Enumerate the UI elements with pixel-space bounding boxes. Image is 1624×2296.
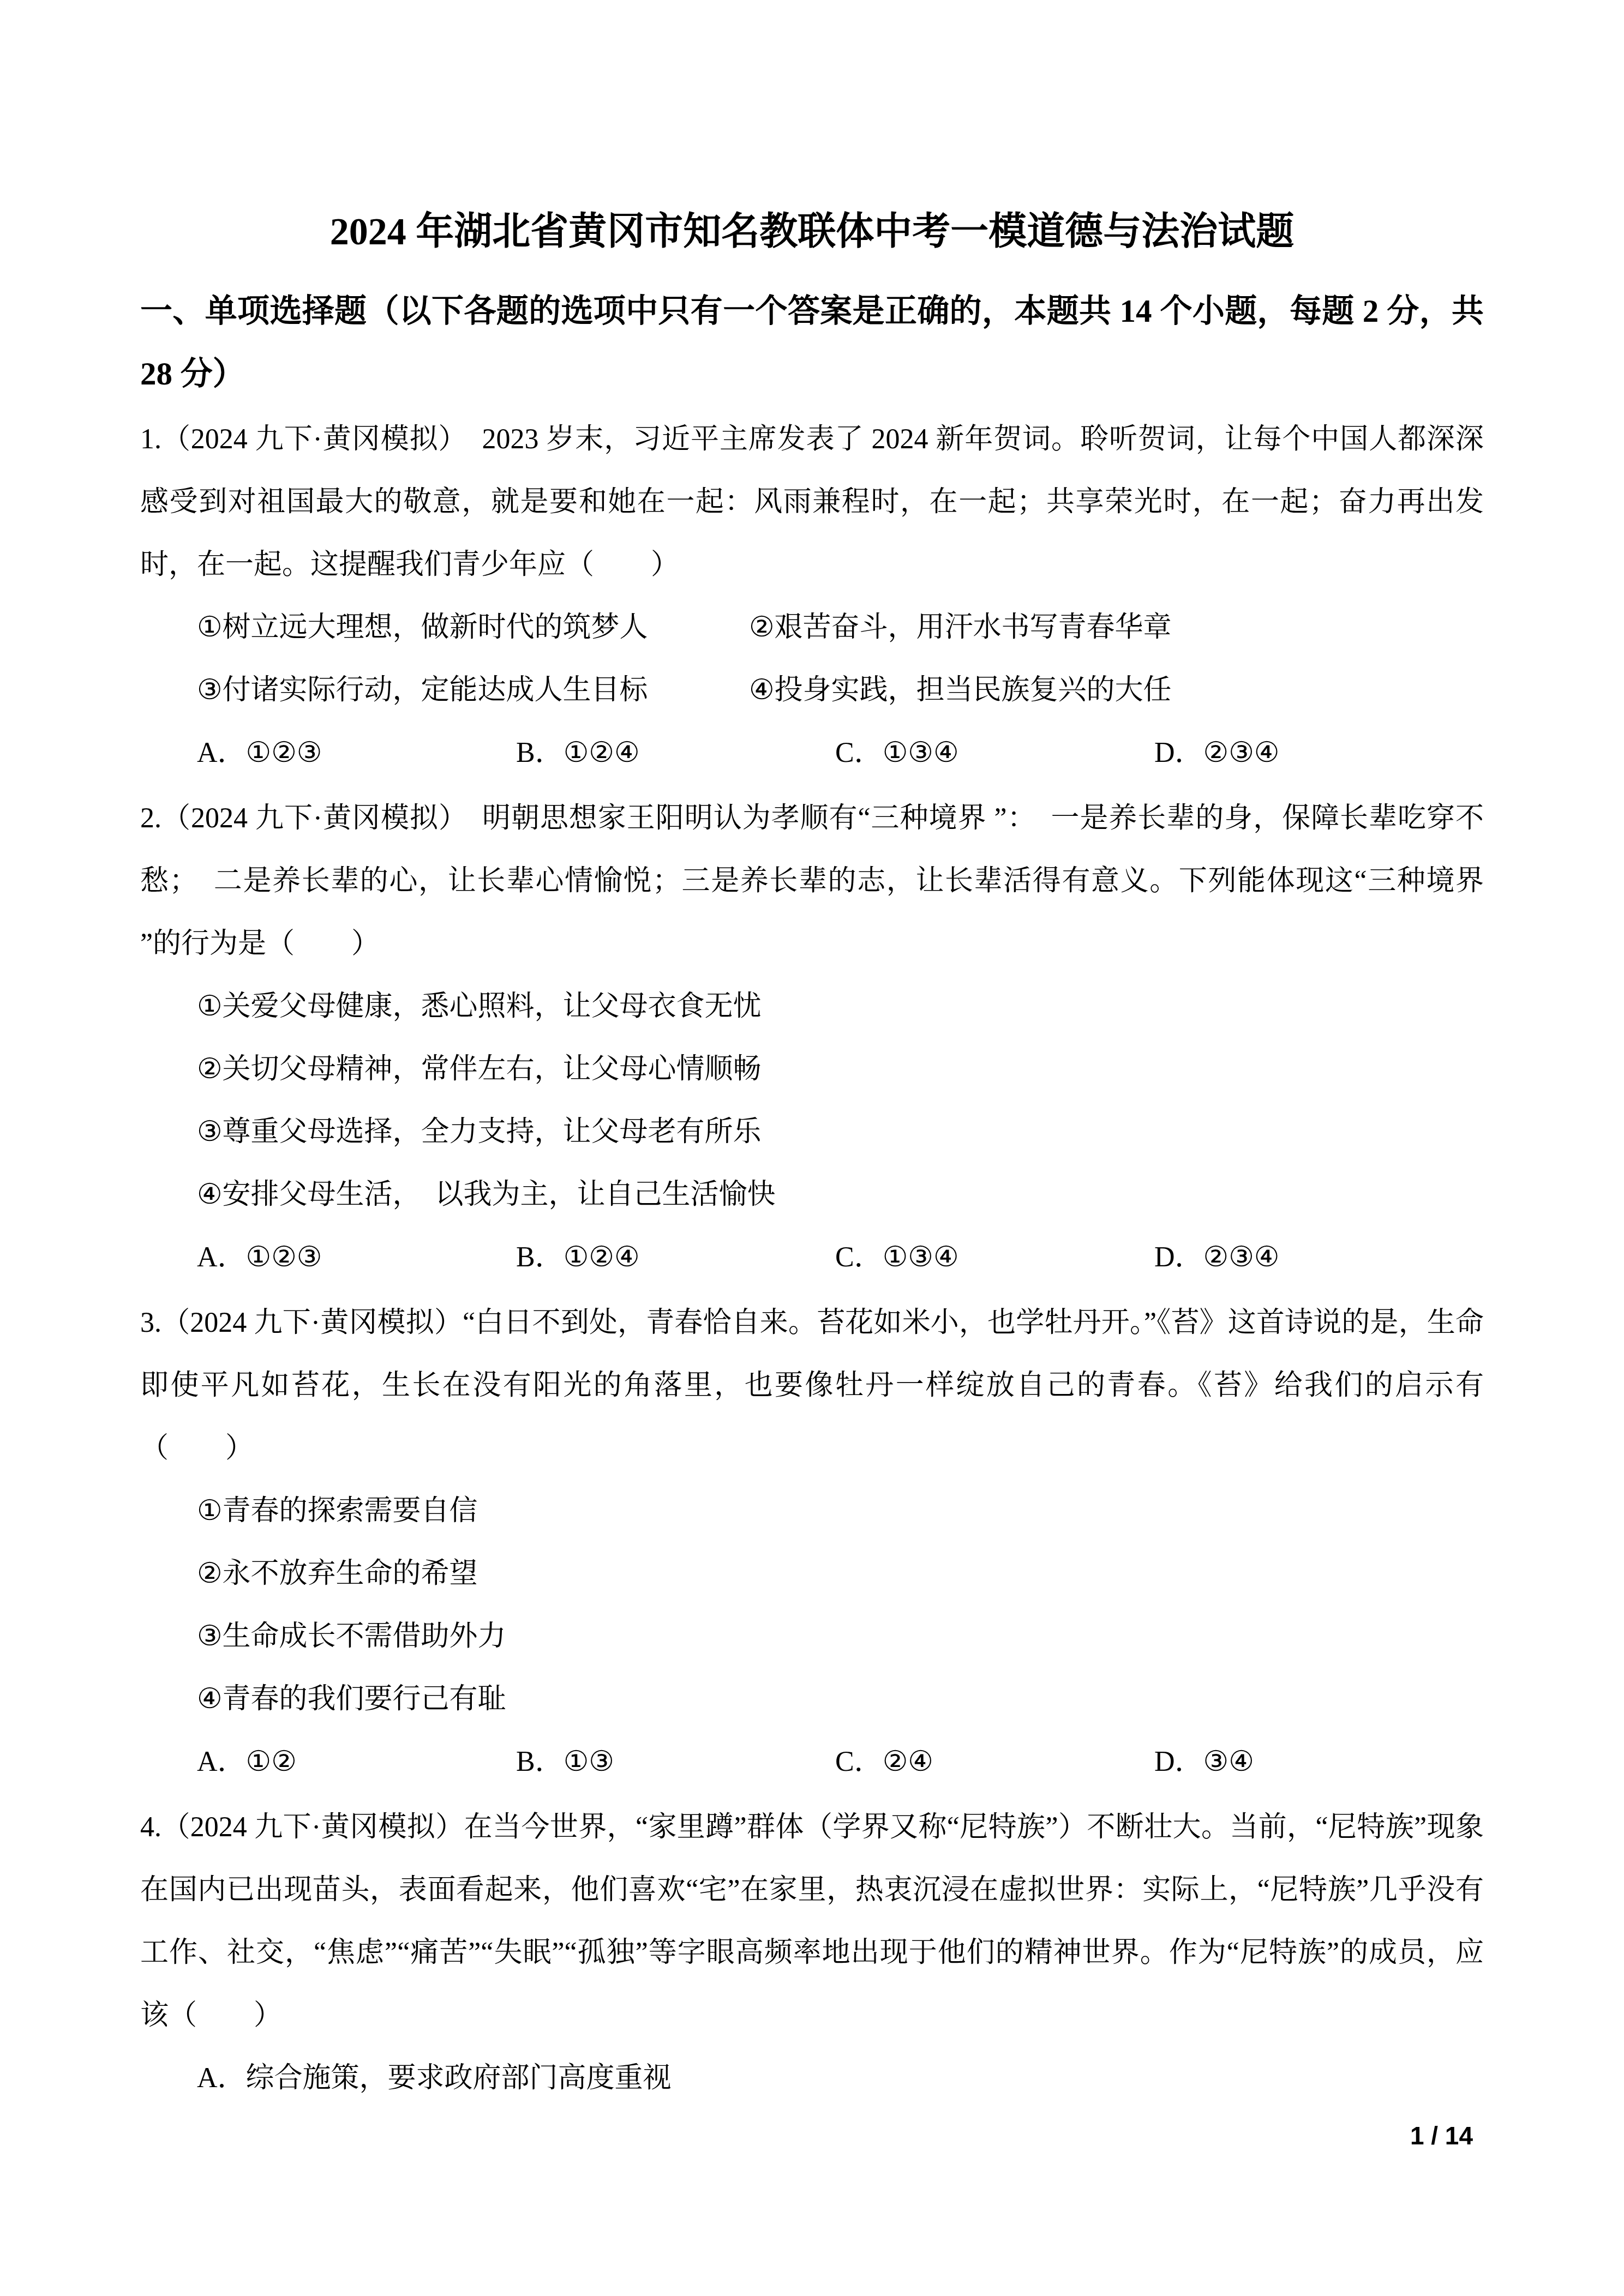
question-3-item-4: ④青春的我们要行己有耻 bbox=[140, 1668, 1484, 1730]
document-title: 2024 年湖北省黄冈市知名教联体中考一模道德与法治试题 bbox=[140, 201, 1484, 263]
question-3-item-2: ②永不放弃生命的希望 bbox=[140, 1542, 1484, 1605]
question-1-choices: A．①②③ B．①②④ C．①③④ D．②③④ bbox=[140, 722, 1484, 784]
question-2-stem: 2.（2024 九下·黄冈模拟） 明朝思想家王阳明认为孝顺有“三种境界 ”： 一… bbox=[140, 787, 1484, 975]
question-1-item-1: ①树立远大理想，做新时代的筑梦人 bbox=[197, 596, 749, 659]
question-1-item-row-1: ①树立远大理想，做新时代的筑梦人 ②艰苦奋斗，用汗水书写青春华章 bbox=[140, 596, 1484, 659]
question-1-choice-a: A．①②③ bbox=[197, 722, 516, 784]
question-3-choice-b: B．①③ bbox=[516, 1730, 835, 1793]
question-4: 4.（2024 九下·黄冈模拟）在当今世界，“家里蹲”群体（学界又称“尼特族”）… bbox=[140, 1796, 1484, 2109]
question-3-item-1: ①青春的探索需要自信 bbox=[140, 1480, 1484, 1542]
question-3-choice-d: D．③④ bbox=[1154, 1730, 1484, 1793]
question-2-choice-a: A．①②③ bbox=[197, 1226, 516, 1289]
question-2-choices: A．①②③ B．①②④ C．①③④ D．②③④ bbox=[140, 1226, 1484, 1289]
question-3-choice-a: A．①② bbox=[197, 1730, 516, 1793]
question-1-choice-d: D．②③④ bbox=[1154, 722, 1484, 784]
question-3-choice-c: C．②④ bbox=[835, 1730, 1154, 1793]
question-2-choice-c: C．①③④ bbox=[835, 1226, 1154, 1289]
question-3-stem: 3.（2024 九下·黄冈模拟）“白日不到处，青春恰自来。苔花如米小，也学牡丹开… bbox=[140, 1291, 1484, 1480]
question-3: 3.（2024 九下·黄冈模拟）“白日不到处，青春恰自来。苔花如米小，也学牡丹开… bbox=[140, 1291, 1484, 1793]
question-2-item-3: ③尊重父母选择，全力支持，让父母老有所乐 bbox=[140, 1101, 1484, 1163]
question-2-item-2: ②关切父母精神，常伴左右，让父母心情顺畅 bbox=[140, 1038, 1484, 1101]
question-1-item-3: ③付诸实际行动，定能达成人生目标 bbox=[197, 659, 749, 722]
page-number: 1 / 14 bbox=[1410, 2119, 1473, 2152]
section-heading: 一、单项选择题（以下各题的选项中只有一个答案是正确的，本题共 14 个小题，每题… bbox=[140, 280, 1484, 405]
question-3-item-3: ③生命成长不需借助外力 bbox=[140, 1605, 1484, 1668]
question-1-stem: 1.（2024 九下·黄冈模拟） 2023 岁末，习近平主席发表了 2024 新… bbox=[140, 408, 1484, 596]
question-1-item-4: ④投身实践，担当民族复兴的大任 bbox=[749, 659, 1484, 722]
question-1-choice-c: C．①③④ bbox=[835, 722, 1154, 784]
question-1-item-row-2: ③付诸实际行动，定能达成人生目标 ④投身实践，担当民族复兴的大任 bbox=[140, 659, 1484, 722]
question-2-item-1: ①关爱父母健康，悉心照料，让父母衣食无忧 bbox=[140, 975, 1484, 1038]
question-4-stem: 4.（2024 九下·黄冈模拟）在当今世界，“家里蹲”群体（学界又称“尼特族”）… bbox=[140, 1796, 1484, 2047]
page-content: 2024 年湖北省黄冈市知名教联体中考一模道德与法治试题 一、单项选择题（以下各… bbox=[140, 201, 1484, 2109]
question-2-item-4: ④安排父母生活， 以我为主，让自己生活愉快 bbox=[140, 1163, 1484, 1226]
question-4-choice-a: A．综合施策，要求政府部门高度重视 bbox=[140, 2047, 1484, 2109]
question-1-choice-b: B．①②④ bbox=[516, 722, 835, 784]
question-2-choice-d: D．②③④ bbox=[1154, 1226, 1484, 1289]
exam-page: 2024 年湖北省黄冈市知名教联体中考一模道德与法治试题 一、单项选择题（以下各… bbox=[0, 0, 1624, 2296]
question-2: 2.（2024 九下·黄冈模拟） 明朝思想家王阳明认为孝顺有“三种境界 ”： 一… bbox=[140, 787, 1484, 1289]
question-3-choices: A．①② B．①③ C．②④ D．③④ bbox=[140, 1730, 1484, 1793]
question-1-item-2: ②艰苦奋斗，用汗水书写青春华章 bbox=[749, 596, 1484, 659]
question-2-choice-b: B．①②④ bbox=[516, 1226, 835, 1289]
question-1: 1.（2024 九下·黄冈模拟） 2023 岁末，习近平主席发表了 2024 新… bbox=[140, 408, 1484, 784]
